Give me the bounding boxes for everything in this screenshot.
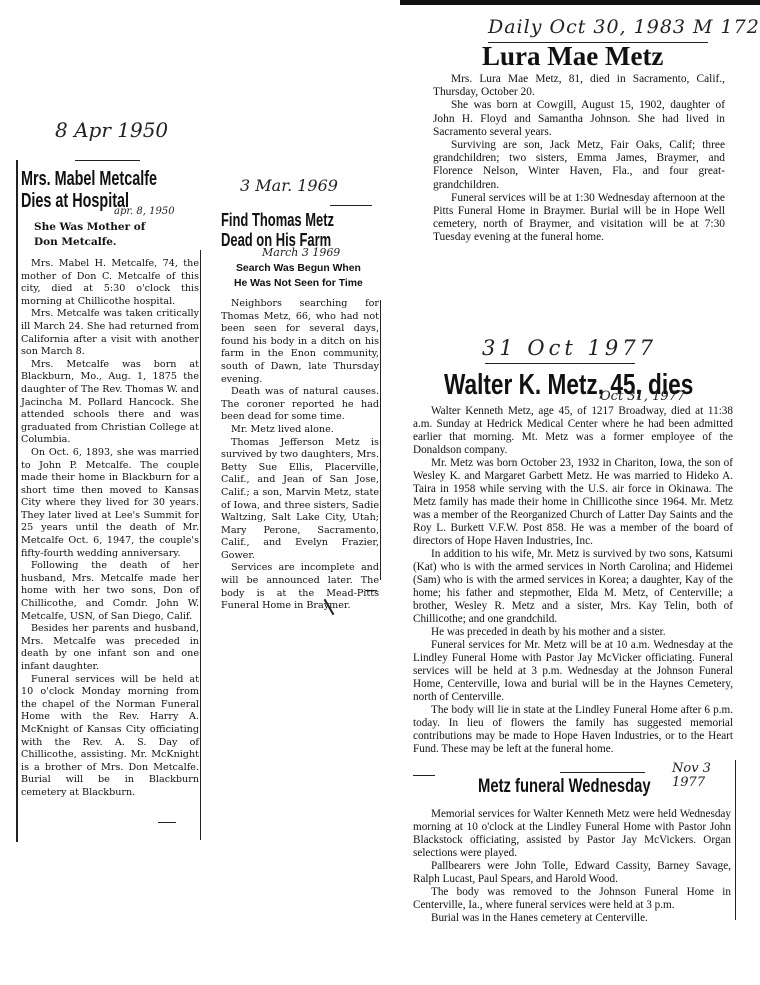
headline-line: Mrs. Mabel Metcalfe	[21, 168, 201, 190]
clipping-edge-line	[16, 160, 18, 842]
subhead-line: She Was Mother of	[34, 220, 145, 235]
handwritten-note: apr. 8, 1950	[114, 206, 175, 217]
divider	[560, 772, 645, 773]
end-mark	[365, 590, 377, 591]
divider	[330, 205, 372, 206]
paragraph: In addition to his wife, Mr. Metz is sur…	[413, 548, 733, 626]
divider	[485, 363, 635, 364]
subhead-line: Don Metcalfe.	[34, 235, 145, 250]
paragraph: On Oct. 6, 1893, she was married to John…	[21, 447, 199, 560]
paragraph: Mrs. Metcalfe was born at Blackburn, Mo.…	[21, 359, 199, 447]
paragraph: Thomas Jefferson Metz is survived by two…	[221, 437, 379, 563]
lura-metz-article-body: Mrs. Lura Mae Metz, 81, died in Sacramen…	[433, 73, 725, 245]
handwritten-date: 3 Mar. 1969	[240, 176, 338, 195]
metz-funeral-article-body: Memorial services for Walter Kenneth Met…	[413, 808, 731, 925]
divider	[75, 160, 140, 161]
thomas-metz-headline: Find Thomas Metz Dead on His Farm	[221, 210, 381, 250]
metz-funeral-headline: Metz funeral Wednesday	[478, 775, 681, 799]
paragraph: Mrs. Mabel H. Metcalfe, 74, the mother o…	[21, 258, 199, 308]
handwritten-note: Oct 31, 1977	[600, 389, 685, 404]
paragraph: Mrs. Lura Mae Metz, 81, died in Sacramen…	[433, 73, 725, 99]
thomas-metz-subhead: Search Was Begun When He Was Not Seen fo…	[234, 261, 363, 291]
end-mark	[158, 822, 176, 823]
paragraph: Services are incomplete and will be anno…	[221, 562, 379, 612]
paragraph: Mr. Metz lived alone.	[221, 424, 379, 437]
handwritten-note: March 3 1969	[262, 246, 340, 259]
paragraph: He was preceded in death by his mother a…	[413, 626, 733, 639]
metcalfe-article-body: Mrs. Mabel H. Metcalfe, 74, the mother o…	[21, 258, 199, 800]
paragraph: Following the death of her husband, Mrs.…	[21, 560, 199, 623]
metz-funeral-headline-wrap: Metz funeral Wednesday	[478, 775, 738, 799]
subhead-line: He Was Not Seen for Time	[234, 276, 363, 291]
clipping-edge-line	[200, 250, 201, 840]
metcalfe-subhead: She Was Mother of Don Metcalfe.	[34, 220, 145, 250]
walter-metz-article-body: Walter Kenneth Metz, age 45, of 1217 Bro…	[413, 405, 733, 756]
thomas-metz-article-body: Neighbors searching for Thomas Metz, 66,…	[221, 298, 379, 613]
clipping-edge-line	[380, 300, 381, 580]
paragraph: The body was removed to the Johnson Fune…	[413, 886, 731, 912]
headline-line: Find Thomas Metz	[221, 210, 387, 230]
paragraph: Funeral services will be held at 10 o'cl…	[21, 674, 199, 800]
lura-metz-headline: Lura Mae Metz	[482, 40, 663, 72]
paragraph: Mrs. Metcalfe was taken critically ill M…	[21, 308, 199, 358]
divider	[413, 775, 435, 776]
handwritten-date: Daily Oct 30, 1983 M 172	[488, 16, 760, 38]
paragraph: She was born at Cowgill, August 15, 1902…	[433, 99, 725, 139]
paragraph: Memorial services for Walter Kenneth Met…	[413, 808, 731, 860]
subhead-line: Search Was Begun When	[234, 261, 363, 276]
paragraph: Walter Kenneth Metz, age 45, of 1217 Bro…	[413, 405, 733, 457]
paragraph: The body will lie in state at the Lindle…	[413, 704, 733, 756]
handwritten-date: 31 Oct 1977	[482, 336, 657, 360]
paragraph: Death was of natural causes. The coroner…	[221, 386, 379, 424]
paragraph: Pallbearers were John Tolle, Edward Cass…	[413, 860, 731, 886]
paragraph: Neighbors searching for Thomas Metz, 66,…	[221, 298, 379, 386]
paragraph: Mr. Metz was born October 23, 1932 in Ch…	[413, 457, 733, 548]
paragraph: Funeral services for Mr. Metz will be at…	[413, 639, 733, 704]
paragraph: Surviving are son, Jack Metz, Fair Oaks,…	[433, 139, 725, 192]
paragraph: Funeral services will be at 1:30 Wednesd…	[433, 192, 725, 245]
paragraph: Besides her parents and husband, Mrs. Me…	[21, 623, 199, 673]
paragraph: Burial was in the Hanes cemetery at Cent…	[413, 912, 731, 925]
handwritten-date: 8 Apr 1950	[55, 118, 168, 142]
clipping-top-border	[400, 0, 760, 5]
